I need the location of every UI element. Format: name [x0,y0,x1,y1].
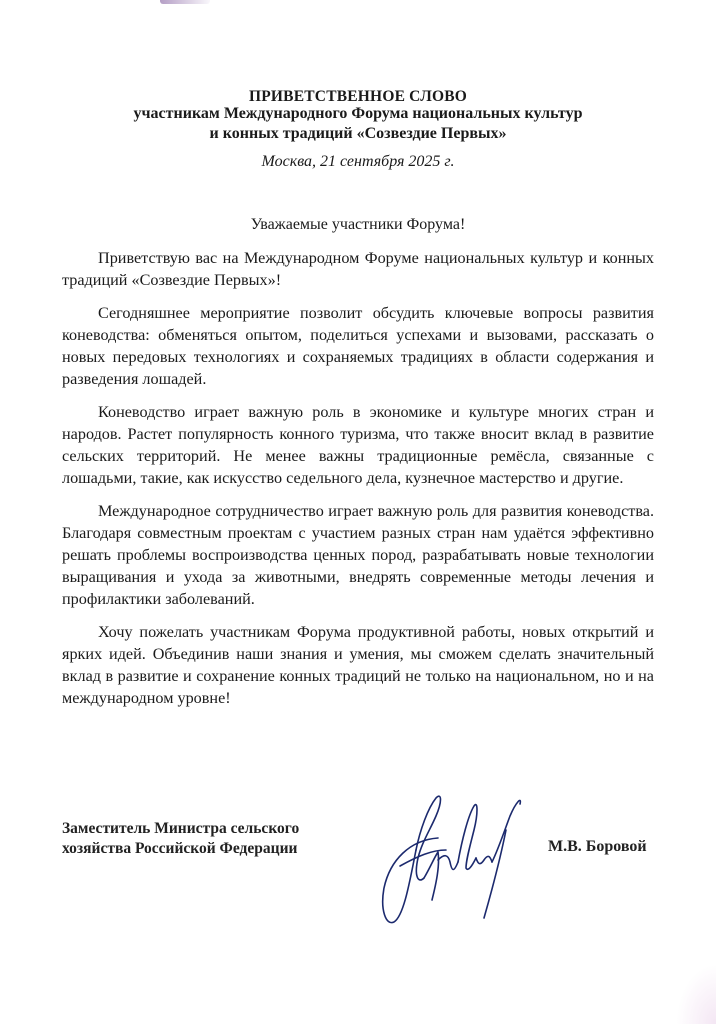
handwritten-signature-icon [370,780,530,930]
signatory-name: М.В. Боровой [548,838,647,856]
signatory-position-line-2: хозяйства Российской Федерации [62,839,299,859]
paragraph-wishes: Хочу пожелать участникам Форума продукти… [62,621,654,709]
paragraph-greeting: Приветствую вас на Международном Форуме … [62,247,654,291]
paragraph-horse-breeding: Коневодство играет важную роль в экономи… [62,401,654,489]
paragraph-cooperation: Международное сотрудничество играет важн… [62,500,654,610]
place-and-date: Москва, 21 сентября 2025 г. [62,153,654,171]
subtitle-line-2: и конных традиций «Созвездие Первых» [62,124,654,144]
subtitle-line-1: участникам Международного Форума национа… [62,104,654,124]
scan-artifact-top [160,0,210,4]
letter-body: Приветствую вас на Международном Форуме … [62,247,654,720]
document-subtitle: участникам Международного Форума национа… [62,104,654,144]
scan-artifact-corner [676,964,716,1024]
paragraph-event: Сегодняшнее мероприятие позволит обсудит… [62,302,654,390]
salutation: Уважаемые участники Форума! [62,216,654,234]
signatory-position-line-1: Заместитель Министра сельского [62,819,299,839]
signatory-position: Заместитель Министра сельского хозяйства… [62,819,299,859]
